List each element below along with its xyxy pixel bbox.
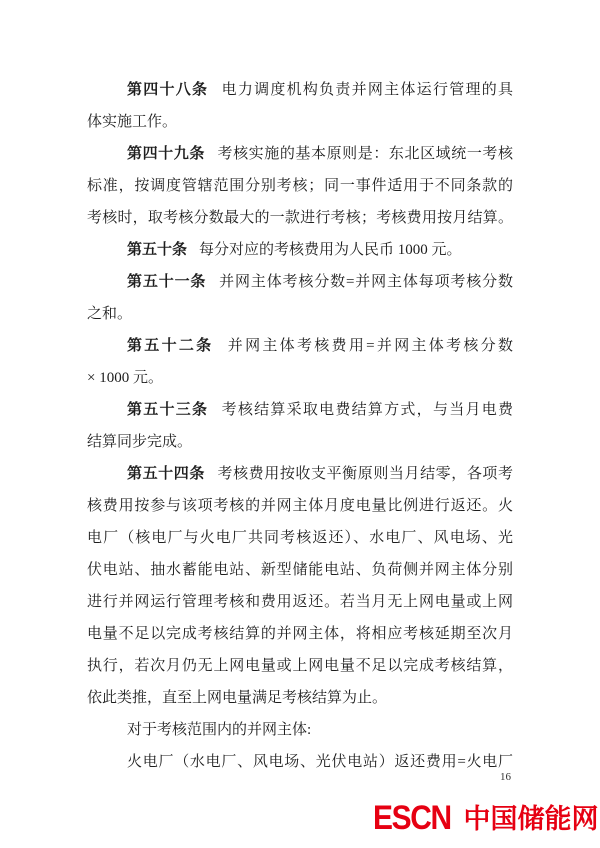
line-text: 火电厂（水电厂、风电场、光伏电站）返还费用=火电厂: [127, 754, 513, 770]
text-line: 第五十一条并网主体考核分数=并网主体每项考核分数: [87, 266, 513, 298]
text-line: 考核时，取考核分数最大的一款进行考核；考核费用按月结算。: [87, 202, 513, 234]
line-text: 结算同步完成。: [87, 434, 192, 450]
text-line: 执行，若次月仍无上网电量或上网电量不足以完成考核结算，: [87, 650, 513, 682]
line-text: 并网主体考核分数=并网主体每项考核分数: [218, 274, 513, 290]
text-line: 火电厂（水电厂、风电场、光伏电站）返还费用=火电厂: [87, 746, 513, 778]
text-line: 第四十八条电力调度机构负责并网主体运行管理的具: [87, 74, 513, 106]
line-text: 每分对应的考核费用为人民币 1000 元。: [199, 242, 462, 258]
text-line: 电厂（核电厂与火电厂共同考核返还）、水电厂、风电场、光: [87, 522, 513, 554]
document-body: 第四十八条电力调度机构负责并网主体运行管理的具体实施工作。第四十九条考核实施的基…: [87, 74, 513, 778]
article-number: 第四十八条: [127, 82, 208, 98]
line-text: 考核费用按收支平衡原则当月结零，各项考: [217, 466, 513, 482]
line-text: 体实施工作。: [87, 114, 177, 130]
article-number: 第五十一条: [127, 274, 206, 290]
text-line: 进行并网运行管理考核和费用返还。若当月无上网电量或上网: [87, 586, 513, 618]
text-line: 之和。: [87, 298, 513, 330]
text-line: 第五十条每分对应的考核费用为人民币 1000 元。: [87, 234, 513, 266]
line-text: 对于考核范围内的并网主体:: [127, 722, 311, 738]
line-text: 考核时，取考核分数最大的一款进行考核；考核费用按月结算。: [87, 210, 513, 226]
line-text: 考核结算采取电费结算方式，与当月电费: [220, 402, 513, 418]
text-line: 依此类推，直至上网电量满足考核结算为止。: [87, 682, 513, 714]
line-text: 依此类推，直至上网电量满足考核结算为止。: [87, 690, 387, 706]
text-line: 体实施工作。: [87, 106, 513, 138]
text-line: × 1000 元。: [87, 362, 513, 394]
text-line: 第四十九条考核实施的基本原则是：东北区域统一考核: [87, 138, 513, 170]
text-line: 第五十三条考核结算采取电费结算方式，与当月电费: [87, 394, 513, 426]
line-text: 电厂（核电厂与火电厂共同考核返还）、水电厂、风电场、光: [87, 530, 513, 546]
article-number: 第五十二条: [127, 338, 213, 354]
line-text: 伏电站、抽水蓄能电站、新型储能电站、负荷侧并网主体分别: [87, 562, 513, 578]
article-number: 第四十九条: [127, 146, 205, 162]
text-line: 伏电站、抽水蓄能电站、新型储能电站、负荷侧并网主体分别: [87, 554, 513, 586]
article-number: 第五十四条: [127, 466, 205, 482]
text-line: 结算同步完成。: [87, 426, 513, 458]
line-text: 考核实施的基本原则是：东北区域统一考核: [217, 146, 513, 162]
escn-logo-latin: ESCN: [373, 801, 451, 835]
document-page: 第四十八条电力调度机构负责并网主体运行管理的具体实施工作。第四十九条考核实施的基…: [0, 0, 600, 848]
line-text: 并网主体考核费用=并网主体考核分数: [225, 338, 513, 354]
article-number: 第五十三条: [127, 402, 208, 418]
line-text: 电量不足以完成考核结算的并网主体，将相应考核延期至次月: [87, 626, 513, 642]
line-text: × 1000 元。: [87, 370, 163, 386]
escn-logo-cjk: 中国储能网: [463, 806, 598, 835]
text-line: 对于考核范围内的并网主体:: [87, 714, 513, 746]
line-text: 标准，按调度管辖范围分别考核；同一事件适用于不同条款的: [87, 178, 513, 194]
line-text: 执行，若次月仍无上网电量或上网电量不足以完成考核结算，: [87, 658, 513, 674]
page-number: 16: [500, 770, 511, 784]
line-text: 之和。: [87, 306, 132, 322]
line-text: 核费用按参与该项考核的并网主体月度电量比例进行返还。火: [87, 498, 513, 514]
text-line: 第五十四条考核费用按收支平衡原则当月结零，各项考: [87, 458, 513, 490]
text-line: 第五十二条并网主体考核费用=并网主体考核分数: [87, 330, 513, 362]
line-text: 进行并网运行管理考核和费用返还。若当月无上网电量或上网: [87, 594, 513, 610]
text-line: 核费用按参与该项考核的并网主体月度电量比例进行返还。火: [87, 490, 513, 522]
text-line: 电量不足以完成考核结算的并网主体，将相应考核延期至次月: [87, 618, 513, 650]
line-text: 电力调度机构负责并网主体运行管理的具: [220, 82, 513, 98]
article-number: 第五十条: [127, 242, 187, 258]
escn-logo: ESCN 中国储能网: [373, 801, 598, 835]
text-line: 标准，按调度管辖范围分别考核；同一事件适用于不同条款的: [87, 170, 513, 202]
